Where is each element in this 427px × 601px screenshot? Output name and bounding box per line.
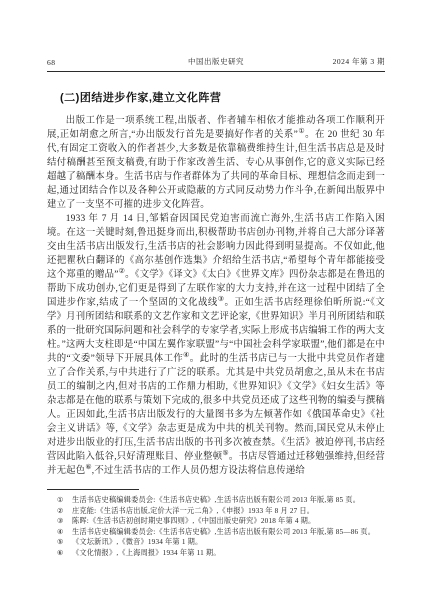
article-body: 出版工作是一项系统工程,出版者、作者辅车相依才能推动各项工作顺利开展,正如胡愈之… — [47, 114, 385, 478]
header-rule — [47, 71, 385, 72]
footnote-item: ② 庄克能:《生活书店出版,定价大洋一元二角》,《申报》1933 年 8 月 2… — [57, 506, 385, 517]
section-heading: (二)团结进步作家,建立文化阵营 — [47, 89, 385, 105]
journal-title: 中国出版史研究 — [188, 56, 244, 67]
footnote-marker: ① — [57, 495, 72, 506]
body-paragraph: 1933 年 7 月 14 日,邹韬奋因国民党迫害而流亡海外,生活书店工作陷入困… — [47, 212, 385, 478]
footnotes: ① 生活书店史稿编辑委员会:《生活书店史稿》,生活书店出版有限公司 2013 年… — [47, 495, 385, 558]
footnote-text: 庄克能:《生活书店出版,定价大洋一元二角》,《申报》1933 年 8 月 27 … — [72, 506, 385, 517]
footnote-item: ③ 陈晖:《生活书店初创时期史事四则》,《中国出版史研究》2018 年第 4 期… — [57, 516, 385, 527]
footnote-text: 《文坛新讯》,《微音》1934 年第 1 期。 — [72, 537, 385, 548]
footnote-marker: ④ — [57, 527, 72, 538]
footnote-text: 生活书店史稿编辑委员会:《生活书店史稿》,生活书店出版有限公司 2013 年版,… — [72, 495, 385, 506]
issue-label: 2024 年第 3 期 — [333, 56, 385, 67]
footnote-marker: ② — [57, 506, 72, 517]
footnote-item: ④ 生活书店史稿编辑委员会:《生活书店史稿》,生活书店出版有限公司 2013 年… — [57, 527, 385, 538]
page-number: 68 — [47, 58, 56, 67]
footnote-item: ① 生活书店史稿编辑委员会:《生活书店史稿》,生活书店出版有限公司 2013 年… — [57, 495, 385, 506]
footnote-marker: ③ — [57, 516, 72, 527]
page-header: 68 中国出版史研究 2024 年第 3 期 — [47, 56, 385, 71]
footnote-text: 生活书店史稿编辑委员会:《生活书店史稿》,生活书店出版有限公司 2013 年版,… — [72, 527, 385, 538]
footnote-item: ⑤ 《文坛新讯》,《微音》1934 年第 1 期。 — [57, 537, 385, 548]
footnote-marker: ⑥ — [57, 548, 72, 559]
footnote-marker: ⑤ — [57, 537, 72, 548]
footnote-text: 《文化情报》,《上海周报》1934 年第 11 期。 — [72, 548, 385, 559]
journal-page: 68 中国出版史研究 2024 年第 3 期 (二)团结进步作家,建立文化阵营 … — [0, 0, 427, 601]
footnote-divider — [47, 489, 139, 490]
body-paragraph: 出版工作是一项系统工程,出版者、作者辅车相依才能推动各项工作顺利开展,正如胡愈之… — [47, 114, 385, 212]
footnote-text: 陈晖:《生活书店初创时期史事四则》,《中国出版史研究》2018 年第 4 期。 — [72, 516, 385, 527]
footnote-item: ⑥ 《文化情报》,《上海周报》1934 年第 11 期。 — [57, 548, 385, 559]
